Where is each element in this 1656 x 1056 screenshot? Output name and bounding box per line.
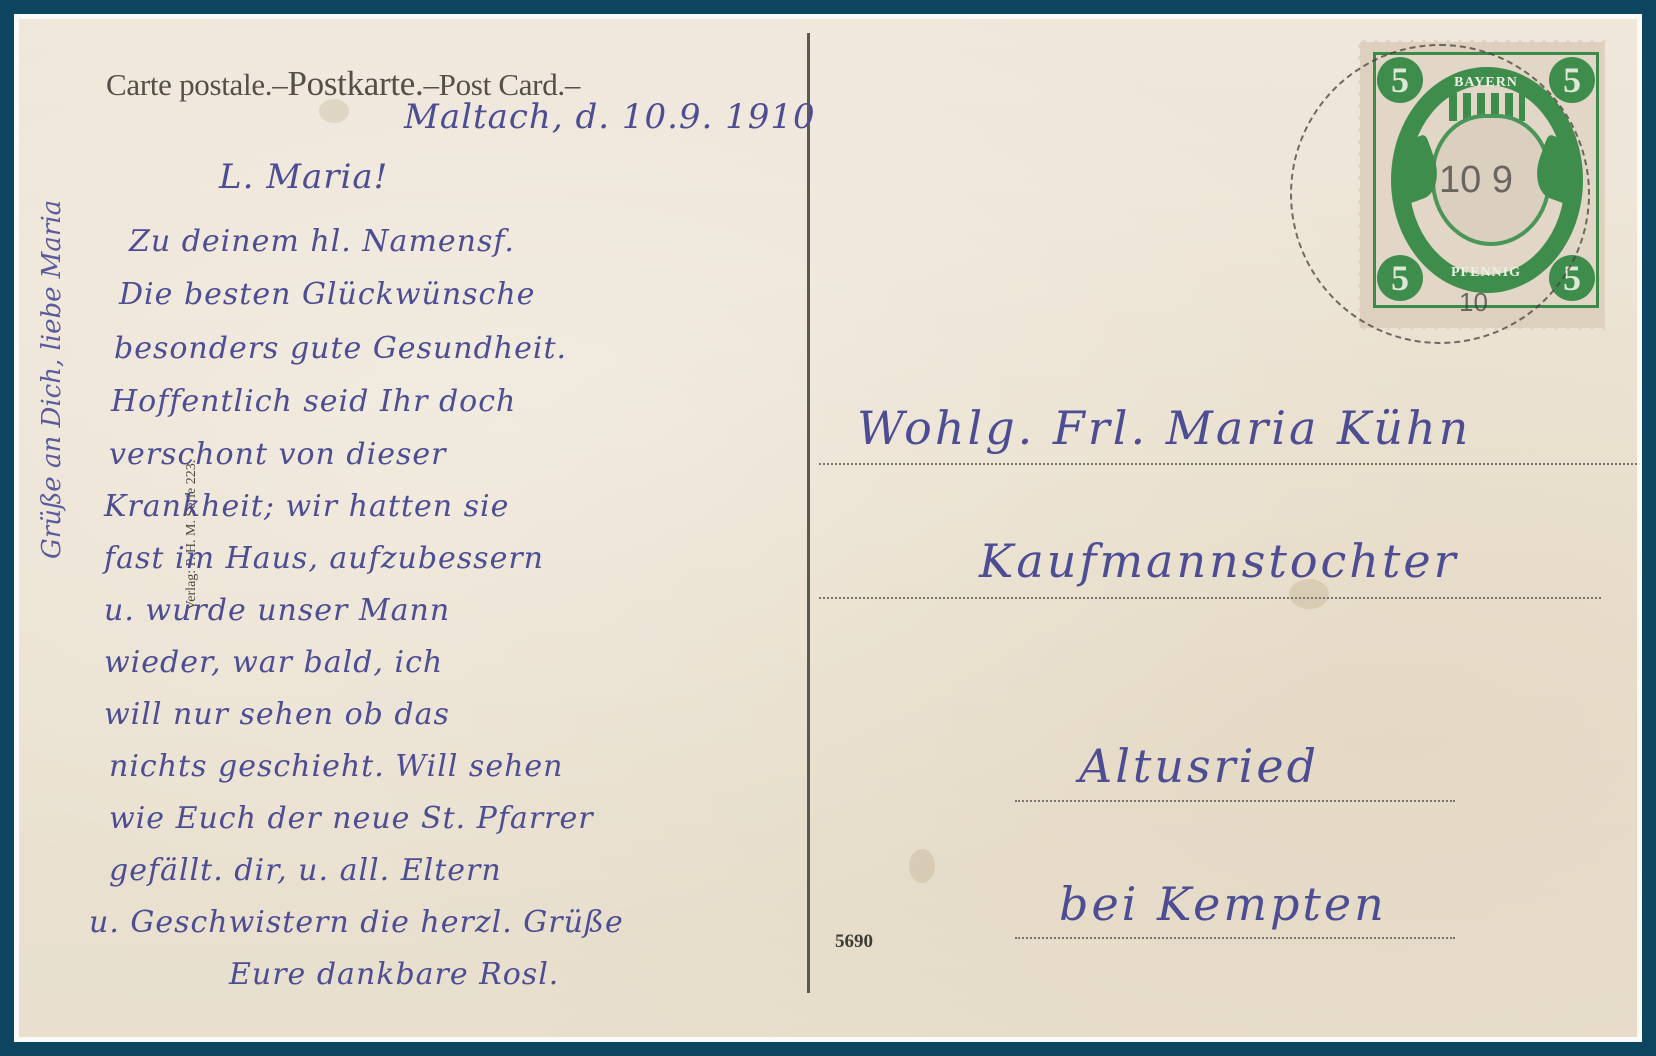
stamp-value-top-right: 5 — [1549, 57, 1595, 103]
address-line: Kaufmannstochter — [979, 534, 1459, 588]
center-divider-line — [807, 33, 810, 993]
serial-number: 5690 — [835, 931, 873, 953]
message-line: L. Maria! — [219, 157, 388, 197]
address-line: Altusried — [1079, 739, 1319, 793]
message-line: will nur sehen ob das — [104, 697, 450, 732]
message-signature: Eure dankbare Rosl. — [229, 957, 559, 992]
message-line: besonders gute Gesundheit. — [114, 331, 567, 366]
message-line: verschont von dieser — [109, 437, 446, 472]
header-french: Carte postale.– — [106, 67, 287, 102]
message-line: wie Euch der neue St. Pfarrer — [109, 801, 594, 836]
message-line: Zu deinem hl. Namensf. — [129, 224, 515, 259]
message-line: u. Geschwistern die herzl. Grüße — [89, 905, 624, 940]
message-line: Krankheit; wir hatten sie — [104, 489, 509, 524]
margin-handwritten-note: Grüße an Dich, liebe Maria — [37, 200, 67, 559]
message-line: gefällt. dir, u. all. Eltern — [109, 853, 502, 888]
message-line: nichts geschieht. Will sehen — [109, 749, 563, 784]
postmark-date: 10 9 — [1439, 159, 1513, 202]
postmark-year: 10 — [1459, 287, 1488, 318]
address-line-4-rule — [1015, 937, 1455, 939]
message-line: fast im Haus, aufzubessern — [104, 541, 544, 576]
stain — [909, 849, 935, 883]
message-line: u. wurde unser Mann — [104, 593, 450, 628]
address-line-2-rule — [819, 597, 1601, 599]
message-line: Die besten Glückwünsche — [119, 277, 535, 312]
message-dateline: Maltach, d. 10.9. 1910 — [404, 97, 816, 137]
address-line-1-rule — [819, 463, 1637, 465]
message-line: wieder, war bald, ich — [104, 645, 443, 680]
message-line: Hoffentlich seid Ihr doch — [111, 384, 516, 419]
postcard: Carte postale.–Postkarte.–Post Card.– 56… — [19, 19, 1637, 1037]
address-line: Wohlg. Frl. Maria Kühn — [857, 401, 1471, 455]
address-line-3-rule — [1015, 800, 1455, 802]
address-line: bei Kempten — [1059, 877, 1387, 931]
